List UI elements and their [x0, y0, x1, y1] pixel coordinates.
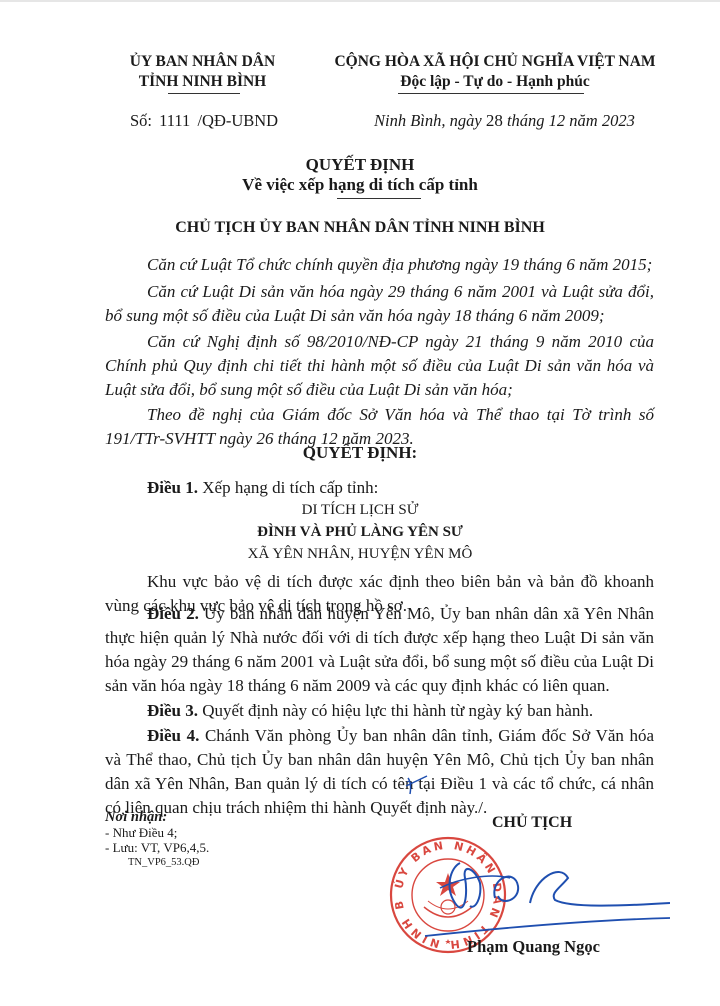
date-rest: tháng 12 năm 2023: [507, 111, 635, 130]
authority-line-2: TỈNH NINH BÌNH: [100, 72, 305, 92]
issue-date: Ninh Bình, ngày 28 tháng 12 năm 2023: [374, 111, 635, 131]
heritage-category: DI TÍCH LỊCH SỬ: [0, 502, 720, 519]
document-title: QUYẾT ĐỊNH: [0, 155, 720, 175]
heritage-location: XÃ YÊN NHÂN, HUYỆN YÊN MÔ: [0, 546, 720, 563]
article-3: Điều 3. Quyết định này có hiệu lực thi h…: [105, 699, 654, 723]
heritage-name: ĐÌNH VÀ PHỦ LÀNG YÊN SƯ: [0, 524, 720, 541]
initial-check-mark-icon: [405, 774, 429, 796]
motto-underline: [398, 93, 584, 94]
document-subject: Về việc xếp hạng di tích cấp tỉnh: [0, 175, 720, 195]
signature-icon: [420, 848, 670, 938]
authority-line-1: ỦY BAN NHÂN DÂN: [100, 52, 305, 72]
recipient-item: - Lưu: VT, VP6,4,5.: [105, 840, 209, 855]
date-day: 28: [486, 111, 503, 130]
article-1-label: Điều 1.: [147, 478, 198, 497]
document-code: TN_VP6_53.QĐ: [105, 855, 209, 870]
article-1: Điều 1. Xếp hạng di tích cấp tỉnh:: [105, 476, 654, 500]
issuing-authority-title: CHỦ TỊCH ỦY BAN NHÂN DÂN TỈNH NINH BÌNH: [0, 219, 720, 237]
document-number: Số: 1111 /QĐ-UBND: [130, 111, 278, 131]
article-1-text: Xếp hạng di tích cấp tỉnh:: [202, 478, 378, 497]
recipient-item: - Như Điều 4;: [105, 825, 209, 840]
subject-underline: [337, 198, 421, 199]
country-name: CỘNG HÒA XÃ HỘI CHỦ NGHĨA VIỆT NAM: [325, 52, 665, 72]
recipients-block: Nơi nhận: - Như Điều 4; - Lưu: VT, VP6,4…: [105, 810, 209, 870]
article-3-label: Điều 3.: [147, 701, 198, 720]
motto: Độc lập - Tự do - Hạnh phúc: [325, 72, 665, 92]
national-motto: CỘNG HÒA XÃ HỘI CHỦ NGHĨA VIỆT NAM Độc l…: [325, 52, 665, 92]
decision-heading: QUYẾT ĐỊNH:: [0, 443, 720, 463]
article-2: Điều 2. Ủy ban nhân dân huyện Yên Mô, Ủy…: [105, 602, 654, 698]
preamble-1: Căn cứ Luật Tổ chức chính quyền địa phươ…: [105, 253, 654, 277]
article-4-label: Điều 4.: [147, 726, 199, 745]
article-3-text: Quyết định này có hiệu lực thi hành từ n…: [202, 701, 593, 720]
preamble-2: Căn cứ Luật Di sản văn hóa ngày 29 tháng…: [105, 280, 654, 328]
recipients-heading: Nơi nhận:: [105, 810, 209, 825]
signer-title: CHỦ TỊCH: [492, 814, 572, 832]
top-edge: [0, 0, 720, 2]
doc-number-suffix: /QĐ-UBND: [197, 111, 278, 130]
doc-number-label: Số:: [130, 111, 152, 130]
issuing-authority: ỦY BAN NHÂN DÂN TỈNH NINH BÌNH: [100, 52, 305, 92]
preamble-3: Căn cứ Nghị định số 98/2010/NĐ-CP ngày 2…: [105, 330, 654, 402]
doc-number-value: 1111: [156, 111, 193, 130]
signer-name: Phạm Quang Ngọc: [467, 937, 600, 957]
article-2-label: Điều 2.: [147, 604, 199, 623]
date-prefix: Ninh Bình, ngày: [374, 111, 482, 130]
authority-underline: [168, 93, 240, 94]
article-4: Điều 4. Chánh Văn phòng Ủy ban nhân dân …: [105, 724, 654, 820]
